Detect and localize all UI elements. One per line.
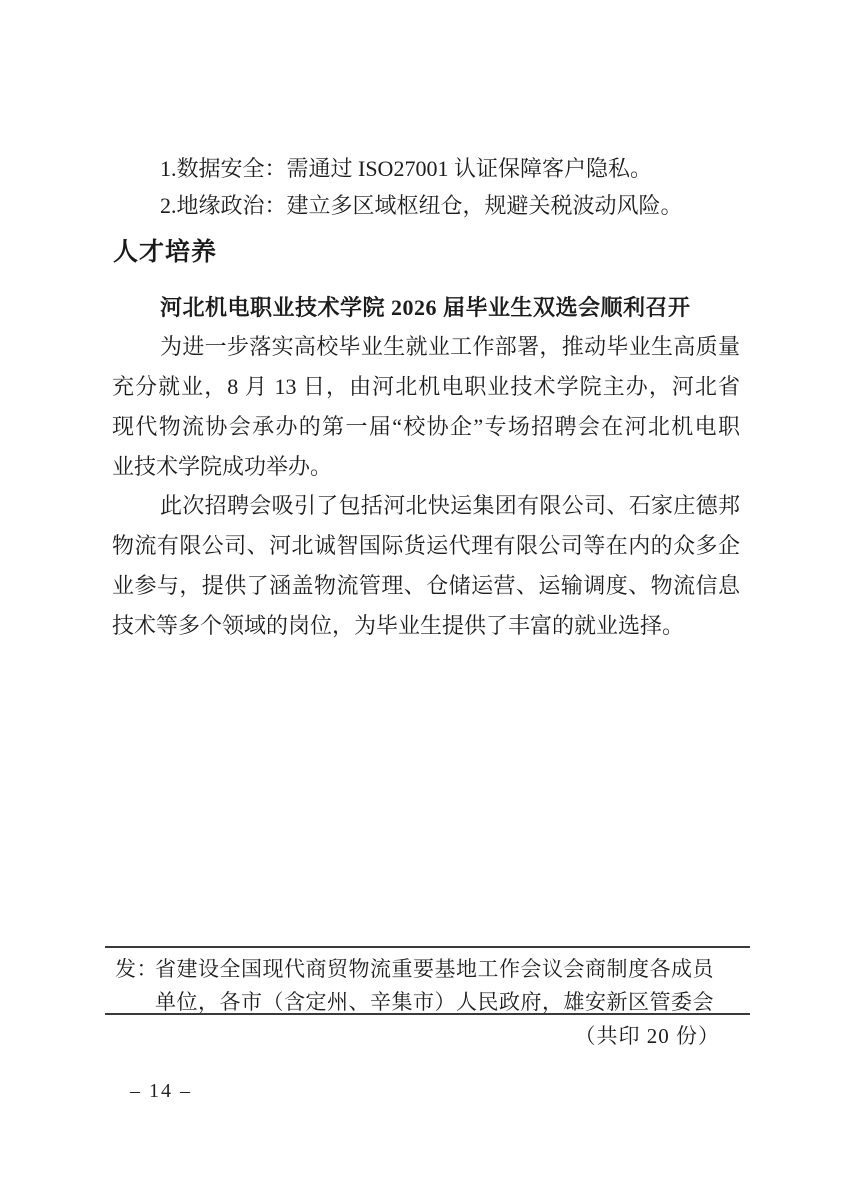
list-item-2: 2.地缘政治：建立多区域枢纽仓，规避关税波动风险。 [112, 187, 740, 224]
document-page: 1.数据安全：需通过 ISO27001 认证保障客户隐私。 2.地缘政治：建立多… [0, 0, 846, 1196]
paragraph-line: 业参与，提供了涵盖物流管理、仓储运营、运输调度、物流信息 [112, 566, 740, 606]
paragraph-line: 业技术学院成功举办。 [112, 447, 740, 487]
paragraph-line: 此次招聘会吸引了包括河北快运集团有限公司、石家庄德邦 [112, 486, 740, 526]
article-title: 河北机电职业技术学院 2026 届毕业生双选会顺利召开 [112, 288, 740, 328]
paragraph-line: 现代物流协会承办的第一届“校协企”专场招聘会在河北机电职 [112, 407, 740, 447]
paragraph-2: 此次招聘会吸引了包括河北快运集团有限公司、石家庄德邦 物流有限公司、河北诚智国际… [112, 486, 740, 646]
distribution-block: 发： 省建设全国现代商贸物流重要基地工作会议会商制度各成员 单位，各市（含定州、… [115, 953, 750, 1019]
footer-divider-bottom [105, 1013, 750, 1015]
list-item-1: 1.数据安全：需通过 ISO27001 认证保障客户隐私。 [112, 150, 740, 187]
paragraph-line: 物流有限公司、河北诚智国际货运代理有限公司等在内的众多企 [112, 526, 740, 566]
footer-divider-top [105, 946, 750, 948]
distribution-line-1: 省建设全国现代商贸物流重要基地工作会议会商制度各成员 [155, 953, 750, 986]
paragraph-line: 为进一步落实高校毕业生就业工作部署，推动毕业生高质量 [112, 327, 740, 367]
distribution-label: 发： [115, 953, 158, 986]
numbered-list: 1.数据安全：需通过 ISO27001 认证保障客户隐私。 2.地缘政治：建立多… [112, 150, 740, 224]
paragraph-line: 技术等多个领域的岗位，为毕业生提供了丰富的就业选择。 [112, 606, 740, 646]
paragraph-line: 充分就业，8 月 13 日，由河北机电职业技术学院主办，河北省 [112, 367, 740, 407]
print-count: （共印 20 份） [575, 1022, 721, 1050]
page-number: – 14 – [130, 1079, 192, 1103]
paragraph-1: 为进一步落实高校毕业生就业工作部署，推动毕业生高质量 充分就业，8 月 13 日… [112, 327, 740, 487]
section-heading: 人才培养 [113, 237, 217, 267]
